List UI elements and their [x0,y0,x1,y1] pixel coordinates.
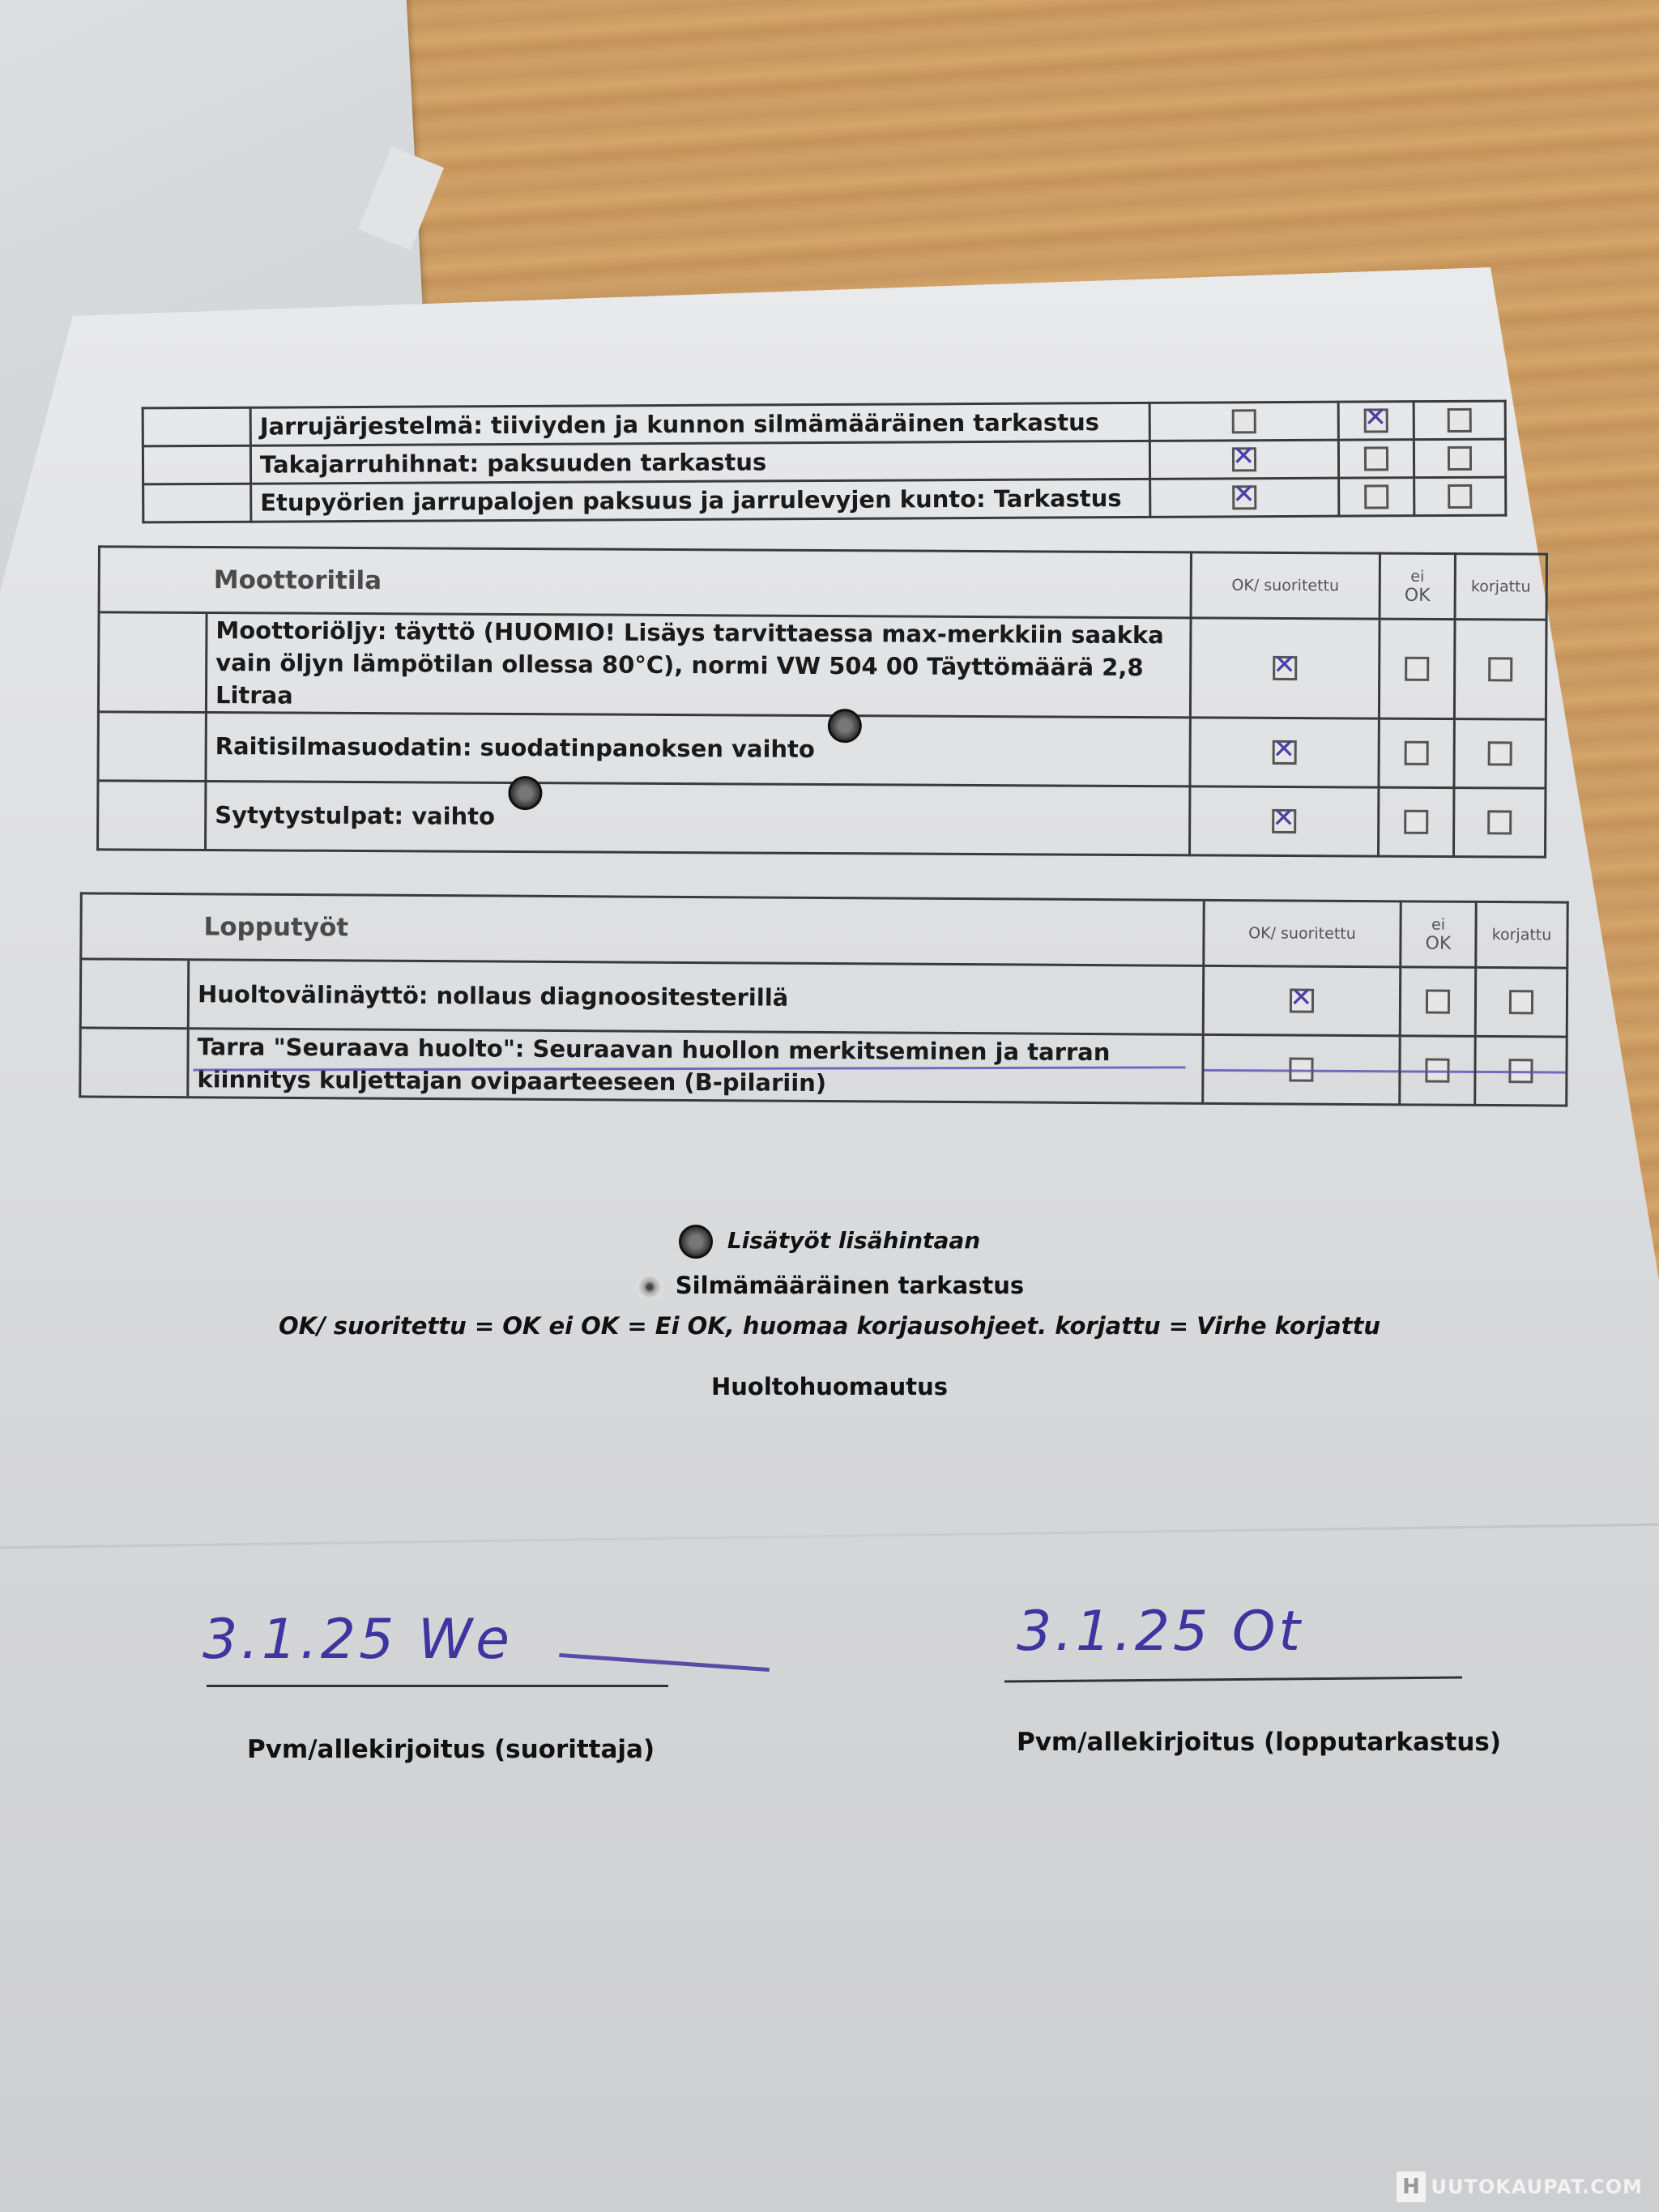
legend-explanation: OK/ suoritettu = OK ei OK = Ei OK, huoma… [0,1312,1659,1340]
row-spacer-cell [80,1028,189,1097]
column-header-ok: OK/ suoritettu [1204,900,1401,966]
checkbox-not-ok[interactable] [1405,657,1429,681]
checkbox-cell-fixed [1475,1036,1567,1106]
checkbox-cell-ok [1190,718,1379,787]
extra-cost-icon [679,1225,713,1259]
checkbox-ok[interactable] [1232,409,1256,433]
checkbox-cell-ok [1190,786,1379,856]
checkbox-fixed[interactable] [1448,408,1472,433]
row-spacer-cell [143,407,250,446]
column-header-fixed: korjattu [1455,554,1546,620]
performer-handwritten-signature: 3.1.25 We [203,1608,513,1672]
checklist-row: Etupyörien jarrupalojen paksuus ja jarru… [143,477,1506,522]
checklist-item-label: Jarrujärjestelmä: tiiviyden ja kunnon si… [250,403,1149,445]
checkbox-not-ok[interactable] [1364,484,1388,509]
checkbox-not-ok[interactable] [1405,741,1429,765]
watermark-logo-icon: H [1397,2172,1426,2202]
checkbox-not-ok[interactable] [1425,1059,1449,1083]
section-title: Lopputyöt [81,893,1204,965]
row-spacer-cell [98,712,206,782]
row-spacer-cell [143,484,251,522]
column-header-not-ok: eiOK [1380,553,1455,619]
checkbox-cell-not-ok [1338,440,1414,478]
checkbox-cell-fixed [1414,439,1505,478]
checkbox-ok[interactable] [1232,485,1256,509]
checkbox-not-ok[interactable] [1426,990,1450,1014]
checkbox-cell-ok [1149,402,1338,441]
row-spacer-cell [98,612,207,713]
checkbox-fixed[interactable] [1487,810,1512,834]
paper-fold-line [0,1524,1659,1549]
extra-cost-icon [828,709,862,743]
checkbox-cell-not-ok [1400,967,1476,1037]
checkbox-cell-ok [1149,440,1338,479]
checkbox-cell-not-ok [1379,787,1454,856]
checkbox-cell-fixed [1454,719,1546,789]
checkbox-fixed[interactable] [1509,990,1533,1014]
extra-cost-icon [508,776,542,810]
row-spacer-cell [98,781,206,850]
checkbox-cell-ok [1150,478,1339,517]
checkbox-cell-fixed [1454,620,1546,720]
checklist-row: Tarra "Seuraava huolto": Seuraavan huoll… [80,1028,1567,1106]
checkbox-ok[interactable] [1272,809,1296,833]
brakes-checklist-table: Jarrujärjestelmä: tiiviyden ja kunnon si… [142,400,1508,524]
checklist-item-label: Raitisilmasuodatin: suodatinpanoksen vai… [206,713,1190,786]
checkbox-fixed[interactable] [1488,741,1512,765]
checkbox-cell-ok [1190,618,1380,718]
checkbox-not-ok[interactable] [1364,408,1388,433]
checklist-item-label: Takajarruhihnat: paksuuden tarkastus [250,441,1149,484]
checklist-row: Sytytystulpat: vaihto [98,781,1546,857]
legend-extra-cost: Lisätyöt lisähintaan [0,1225,1659,1259]
column-header-ok: OK/ suoritettu [1191,552,1380,619]
checkbox-fixed[interactable] [1488,657,1512,681]
checkbox-fixed[interactable] [1448,446,1472,471]
inspector-signature-label: Pvm/allekirjoitus (lopputarkastus) [1017,1728,1501,1757]
watermark: H UUTOKAUPAT.COM [1397,2172,1643,2202]
checkbox-cell-fixed [1414,477,1506,516]
checkbox-ok[interactable] [1273,740,1297,765]
section-title: Moottoritila [99,547,1191,618]
row-spacer-cell [143,445,250,484]
checkbox-fixed[interactable] [1448,484,1472,509]
checkbox-cell-not-ok [1379,718,1454,787]
performer-signature-line [207,1685,668,1687]
notes-heading: Huoltohuomautus [0,1373,1659,1400]
column-header-fixed: korjattu [1476,901,1567,968]
checkbox-ok[interactable] [1290,989,1314,1013]
checkbox-cell-not-ok [1379,619,1455,718]
checkbox-cell-fixed [1475,967,1567,1037]
table-header-row: Lopputyöt OK/ suoritettu eiOK korjattu [81,893,1567,968]
column-header-not-ok: eiOK [1401,901,1476,968]
checkbox-not-ok[interactable] [1364,446,1388,471]
engine-checklist-table: Moottoritila OK/ suoritettu eiOK korjatt… [96,545,1548,858]
checklist-item-label: Etupyörien jarrupalojen paksuus ja jarru… [251,479,1150,522]
checklist-item-label: Moottoriöljy: täyttö (HUOMIO! Lisäys tar… [206,613,1191,718]
watermark-text: UUTOKAUPAT.COM [1431,2176,1643,2198]
checkbox-cell-not-ok [1338,402,1414,440]
row-spacer-cell [80,959,189,1029]
checkbox-cell-ok [1203,1034,1401,1104]
checkbox-cell-fixed [1414,401,1505,440]
checkbox-cell-ok [1203,965,1401,1035]
checklist-row: Raitisilmasuodatin: suodatinpanoksen vai… [98,712,1546,788]
checklist-item-label: Huoltovälinäyttö: nollaus diagnoositeste… [188,960,1203,1035]
checkbox-cell-fixed [1454,788,1546,858]
eye-icon [635,1274,664,1300]
checkbox-fixed[interactable] [1508,1059,1533,1083]
checkbox-ok[interactable] [1289,1058,1313,1082]
checklist-item-label: Tarra "Seuraava huolto": Seuraavan huoll… [188,1029,1203,1104]
table-header-row: Moottoritila OK/ suoritettu eiOK korjatt… [99,547,1546,620]
checklist-row: Huoltovälinäyttö: nollaus diagnoositeste… [80,959,1567,1037]
checkbox-ok[interactable] [1273,656,1297,680]
inspector-handwritten-signature: 3.1.25 Ot [1017,1600,1303,1664]
checklist-row: Moottoriöljy: täyttö (HUOMIO! Lisäys tar… [98,612,1546,719]
legend-visual-inspection: Silmämääräinen tarkastus [0,1272,1659,1300]
checklist-item-label: Sytytystulpat: vaihto [206,782,1190,855]
final-works-checklist-table: Lopputyöt OK/ suoritettu eiOK korjattu H… [79,892,1569,1106]
checkbox-cell-not-ok [1400,1036,1476,1106]
checkbox-ok[interactable] [1232,447,1256,471]
performer-signature-label: Pvm/allekirjoitus (suorittaja) [247,1735,655,1764]
checkbox-not-ok[interactable] [1404,810,1428,834]
checkbox-cell-not-ok [1339,478,1414,516]
